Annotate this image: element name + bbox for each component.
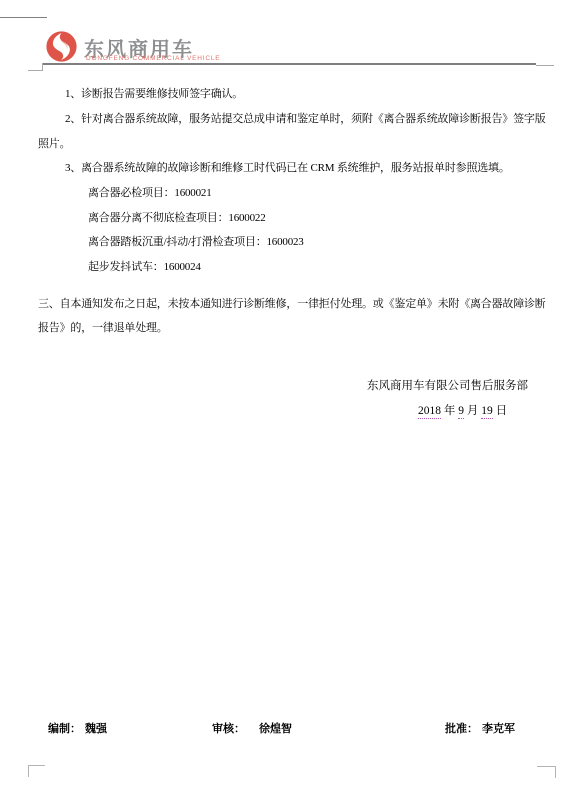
body-line-code-item: 离合器踏板沉重/抖动/打滑检查项目：1600023 <box>88 233 304 249</box>
letterhead-rule-step-left <box>28 70 43 71</box>
approval-label: 审核： <box>212 723 245 735</box>
body-line: 3、离合器系统故障的故障诊断和维修工时代码已在 CRM 系统维护，服务站报单时参… <box>65 159 510 175</box>
footer-crop-mark-right <box>537 766 555 767</box>
approval-value: 李克军 <box>482 723 515 735</box>
body-line: 2、针对离合器系统故障，服务站提交总成申请和鉴定单时，须附《离合器系统故障诊断报… <box>65 110 546 126</box>
approval-label: 批准： <box>445 723 478 735</box>
letterhead-rule-step-right <box>536 65 554 66</box>
approval-field-reviewed-by: 审核：徐煌智 <box>212 720 292 736</box>
approval-value: 魏强 <box>85 723 107 735</box>
document-page: 东风商用车 DONGFENG COMMERCIAL VEHICLE 1、诊断报告… <box>0 0 580 803</box>
date-day: 19 <box>481 405 493 419</box>
footer-crop-mark-left <box>28 765 29 777</box>
dongfeng-logo-icon <box>46 31 77 62</box>
body-line: 1、诊断报告需要维修技师签字确认。 <box>65 85 243 101</box>
letterhead-rule <box>42 63 536 65</box>
date-year: 2018 <box>418 405 441 419</box>
body-line-code-item: 起步发抖试车：1600024 <box>88 258 201 274</box>
body-line-code-item: 离合器分离不彻底检查项目：1600022 <box>88 209 266 225</box>
body-line: 照片。 <box>38 135 70 151</box>
signoff-date: 2018 年 9 月 19 日 <box>418 402 507 418</box>
body-line: 报告》的，一律退单处理。 <box>38 319 168 335</box>
body-line-code-item: 离合器必检项目：1600021 <box>88 184 212 200</box>
approval-value: 徐煌智 <box>259 723 292 735</box>
brand-subtitle: DONGFENG COMMERCIAL VEHICLE <box>86 55 220 62</box>
approval-field-approved-by: 批准：李克军 <box>445 720 515 736</box>
footer-crop-mark-right <box>555 766 556 778</box>
approval-field-compiled-by: 编制：魏强 <box>48 720 107 736</box>
body-line: 三、自本通知发布之日起，未按本通知进行诊断维修，一律拒付处理。或《鉴定单》未附《… <box>38 295 546 311</box>
signoff-organization: 东风商用车有限公司售后服务部 <box>367 377 528 393</box>
header-boundary-line <box>0 17 47 18</box>
footer-crop-mark-left <box>28 765 45 766</box>
approval-label: 编制： <box>48 723 81 735</box>
